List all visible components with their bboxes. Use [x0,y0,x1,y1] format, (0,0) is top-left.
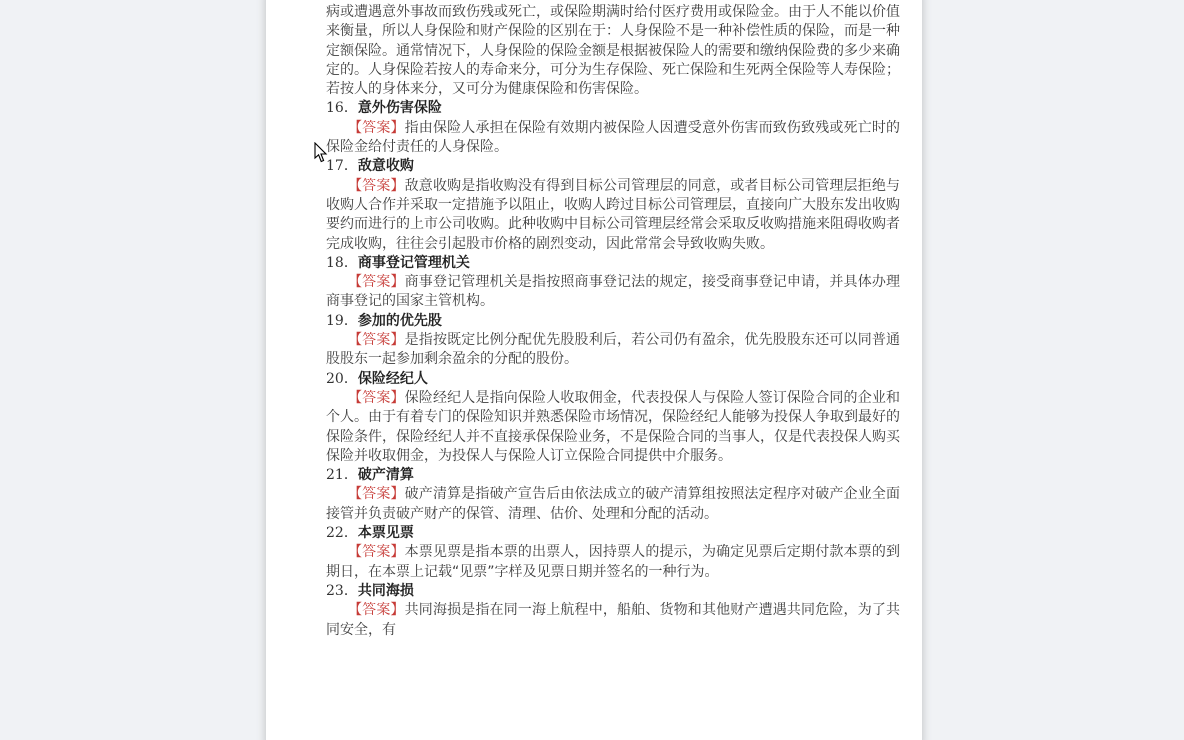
term-title: 保险经纪人 [358,371,428,387]
app-background: { "document": { "background_color": "#f0… [0,0,1184,740]
answer-label: 【答案】 [348,274,405,290]
answer-label: 【答案】 [348,178,405,194]
intro-paragraph: 病或遭遇意外事故而致伤残或死亡，或保险期满时给付医疗费用或保险金。由于人不能以价… [326,3,900,99]
term-number: 16． [326,100,358,116]
answer-paragraph: 【答案】共同海损是指在同一海上航程中，船舶、货物和其他财产遭遇共同危险，为了共同… [326,601,900,640]
term-heading: 19．参加的优先股 [326,312,900,331]
term-number: 17． [326,158,358,174]
answer-paragraph: 【答案】商事登记管理机关是指按照商事登记法的规定，接受商事登记申请，并具体办理商… [326,273,900,312]
terms-list: 16．意外伤害保险 【答案】指由保险人承担在保险有效期内被保险人因遭受意外伤害而… [326,99,900,639]
answer-label: 【答案】 [348,602,405,618]
term-number: 23． [326,583,358,599]
page-content: 病或遭遇意外事故而致伤残或死亡，或保险期满时给付医疗费用或保险金。由于人不能以价… [266,0,922,640]
term-item: 21．破产清算 【答案】破产清算是指破产宣告后由依法成立的破产清算组按照法定程序… [326,466,900,524]
answer-text: 破产清算是指破产宣告后由依法成立的破产清算组按照法定程序对破产企业全面接管并负责… [326,486,900,521]
term-heading: 18．商事登记管理机关 [326,254,900,273]
term-item: 18．商事登记管理机关 【答案】商事登记管理机关是指按照商事登记法的规定，接受商… [326,254,900,312]
term-item: 20．保险经纪人 【答案】保险经纪人是指向保险人收取佣金，代表投保人与保险人签订… [326,370,900,466]
term-title: 共同海损 [358,583,414,599]
answer-text: 敌意收购是指收购没有得到目标公司管理层的同意，或者目标公司管理层拒绝与收购人合作… [326,178,900,252]
answer-text: 商事登记管理机关是指按照商事登记法的规定，接受商事登记申请，并具体办理商事登记的… [326,274,900,309]
term-number: 21． [326,467,358,483]
answer-paragraph: 【答案】指由保险人承担在保险有效期内被保险人因遭受意外伤害而致伤致残或死亡时的保… [326,119,900,158]
answer-paragraph: 【答案】敌意收购是指收购没有得到目标公司管理层的同意，或者目标公司管理层拒绝与收… [326,177,900,254]
term-heading: 21．破产清算 [326,466,900,485]
term-number: 22． [326,525,358,541]
answer-text: 保险经纪人是指向保险人收取佣金，代表投保人与保险人签订保险合同的企业和个人。由于… [326,390,900,464]
term-number: 18． [326,255,358,271]
answer-paragraph: 【答案】破产清算是指破产宣告后由依法成立的破产清算组按照法定程序对破产企业全面接… [326,485,900,524]
term-title: 参加的优先股 [358,313,442,329]
document-page[interactable]: 病或遭遇意外事故而致伤残或死亡，或保险期满时给付医疗费用或保险金。由于人不能以价… [266,0,922,740]
term-item: 23．共同海损 【答案】共同海损是指在同一海上航程中，船舶、货物和其他财产遭遇共… [326,582,900,640]
term-title: 破产清算 [358,467,414,483]
term-heading: 16．意外伤害保险 [326,99,900,118]
answer-text: 本票见票是指本票的出票人，因持票人的提示，为确定见票后定期付款本票的到期日，在本… [326,544,900,579]
answer-paragraph: 【答案】保险经纪人是指向保险人收取佣金，代表投保人与保险人签订保险合同的企业和个… [326,389,900,466]
term-item: 19．参加的优先股 【答案】是指按既定比例分配优先股股利后，若公司仍有盈余，优先… [326,312,900,370]
answer-label: 【答案】 [348,486,405,502]
answer-label: 【答案】 [348,332,405,348]
answer-label: 【答案】 [348,544,405,560]
term-heading: 17．敌意收购 [326,157,900,176]
answer-text: 是指按既定比例分配优先股股利后，若公司仍有盈余，优先股股东还可以同普通股股东一起… [326,332,900,367]
term-title: 敌意收购 [358,158,414,174]
term-number: 20． [326,371,358,387]
term-number: 19． [326,313,358,329]
term-heading: 20．保险经纪人 [326,370,900,389]
term-heading: 23．共同海损 [326,582,900,601]
term-title: 意外伤害保险 [358,100,442,116]
answer-label: 【答案】 [348,120,405,136]
answer-label: 【答案】 [348,390,405,406]
answer-text: 指由保险人承担在保险有效期内被保险人因遭受意外伤害而致伤致残或死亡时的保险金给付… [326,120,900,155]
term-title: 本票见票 [358,525,414,541]
term-heading: 22．本票见票 [326,524,900,543]
term-title: 商事登记管理机关 [358,255,470,271]
term-item: 22．本票见票 【答案】本票见票是指本票的出票人，因持票人的提示，为确定见票后定… [326,524,900,582]
term-item: 16．意外伤害保险 【答案】指由保险人承担在保险有效期内被保险人因遭受意外伤害而… [326,99,900,157]
term-item: 17．敌意收购 【答案】敌意收购是指收购没有得到目标公司管理层的同意，或者目标公… [326,157,900,253]
answer-paragraph: 【答案】是指按既定比例分配优先股股利后，若公司仍有盈余，优先股股东还可以同普通股… [326,331,900,370]
answer-paragraph: 【答案】本票见票是指本票的出票人，因持票人的提示，为确定见票后定期付款本票的到期… [326,543,900,582]
answer-text: 共同海损是指在同一海上航程中，船舶、货物和其他财产遭遇共同危险，为了共同安全，有 [326,602,900,637]
